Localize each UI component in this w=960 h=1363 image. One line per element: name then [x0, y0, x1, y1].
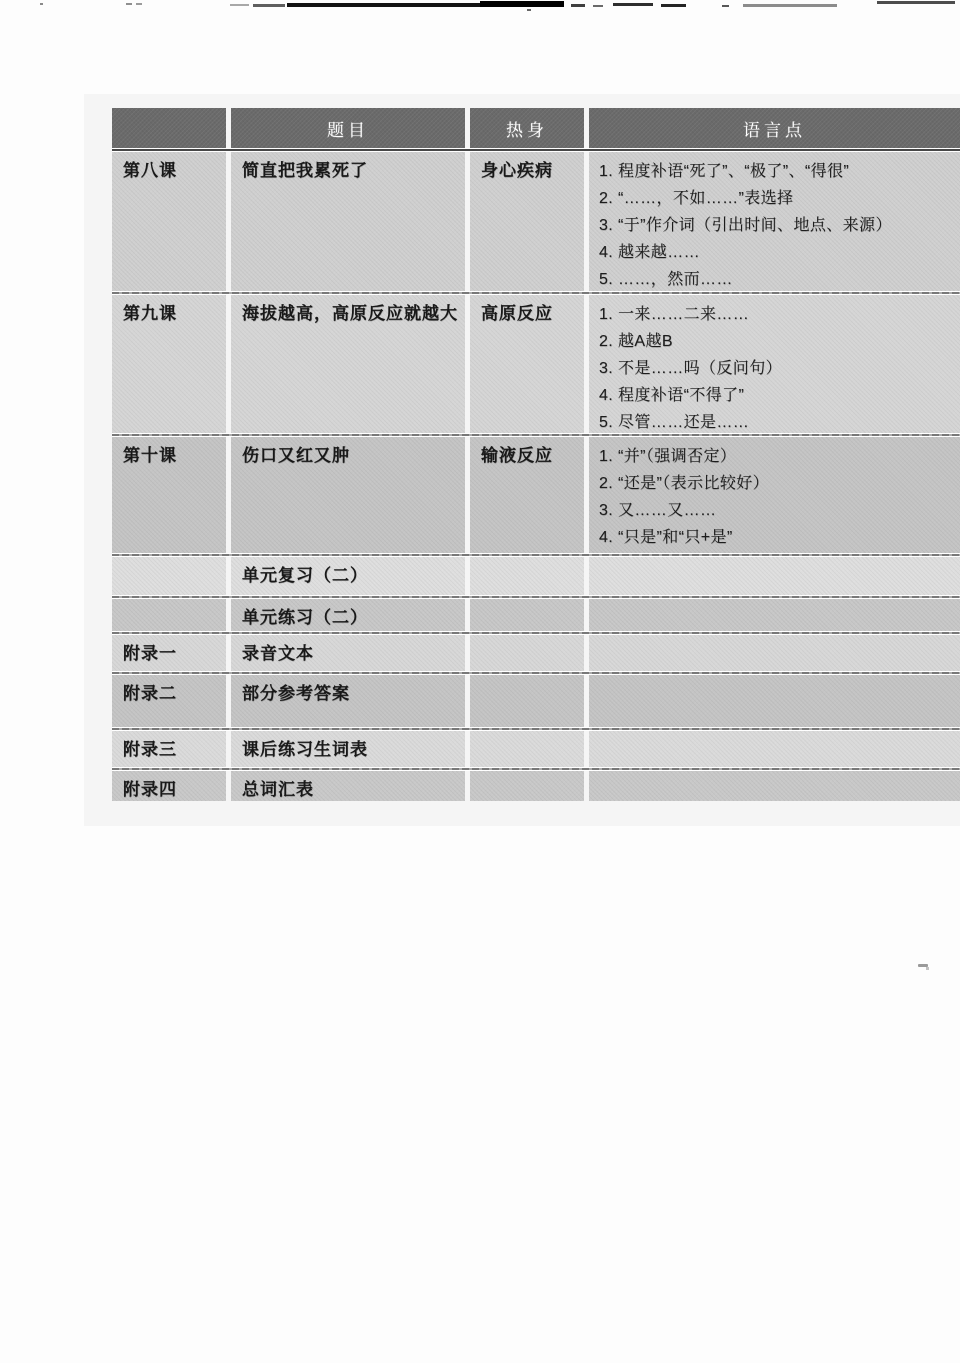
- language-point-line: 3. “于”作介词（引出时间、地点、来源）: [599, 212, 956, 239]
- extra-title-cell: 课后练习生词表: [231, 731, 465, 767]
- table-header-row: 题目 热身 语言点: [112, 108, 960, 148]
- lesson-title-cell: 简直把我累死了: [231, 152, 465, 291]
- extra-title-cell: 录音文本: [231, 635, 465, 671]
- lesson-label-cell: 第八课: [112, 152, 226, 291]
- row-lesson-10: 第十课 伤口又红又肿 输液反应 1. “并”（强调否定） 2. “还是”（表示比…: [112, 437, 960, 553]
- header-cell-title: 题目: [231, 108, 465, 148]
- language-point-line: 1. 程度补语“死了”、“极了”、“得很”: [599, 158, 956, 185]
- row-unit-exercises: 单元练习（二）: [112, 599, 960, 631]
- lesson-title-cell: 海拔越高，高原反应就越大: [231, 295, 465, 433]
- language-point-line: 3. 不是……吗（反问句）: [599, 355, 956, 382]
- lesson-title-cell: 伤口又红又肿: [231, 437, 465, 553]
- empty-cell: [589, 599, 960, 631]
- language-point-line: 4. 程度补语“不得了”: [599, 382, 956, 409]
- header-cell-blank: [112, 108, 226, 148]
- extra-title-cell: 单元复习（二）: [231, 557, 465, 595]
- empty-cell: [470, 675, 584, 727]
- empty-cell: [589, 635, 960, 671]
- warmup-cell: 高原反应: [470, 295, 584, 433]
- row-unit-review: 单元复习（二）: [112, 557, 960, 595]
- row-lesson-8: 第八课 简直把我累死了 身心疾病 1. 程度补语“死了”、“极了”、“得很” 2…: [112, 152, 960, 291]
- lesson-label-cell: 第九课: [112, 295, 226, 433]
- empty-cell: [470, 635, 584, 671]
- empty-cell: [589, 771, 960, 801]
- stray-mark: [918, 964, 928, 967]
- empty-cell: [589, 675, 960, 727]
- row-appendix-4: 附录四 总词汇表: [112, 771, 960, 801]
- header-cell-warmup: 热身: [470, 108, 584, 148]
- language-point-line: 3. 又……又……: [599, 497, 956, 524]
- warmup-cell: 身心疾病: [470, 152, 584, 291]
- empty-cell: [470, 599, 584, 631]
- empty-cell: [470, 771, 584, 801]
- language-point-line: 4. “只是”和“只+是”: [599, 524, 956, 551]
- extra-title-cell: 总词汇表: [231, 771, 465, 801]
- appendix-label-cell: 附录三: [112, 731, 226, 767]
- appendix-label-cell: 附录二: [112, 675, 226, 727]
- empty-cell: [589, 731, 960, 767]
- row-appendix-1: 附录一 录音文本: [112, 635, 960, 671]
- lesson-label-cell: 第十课: [112, 437, 226, 553]
- extra-title-cell: 单元练习（二）: [231, 599, 465, 631]
- language-point-line: 4. 越来越……: [599, 239, 956, 266]
- language-points-cell: 1. 程度补语“死了”、“极了”、“得很” 2. “……，不如……”表选择 3.…: [589, 152, 960, 291]
- language-point-line: 5. 尽管……还是……: [599, 409, 956, 433]
- empty-cell: [470, 557, 584, 595]
- empty-cell: [589, 557, 960, 595]
- row-appendix-3: 附录三 课后练习生词表: [112, 731, 960, 767]
- appendix-label-cell: [112, 557, 226, 595]
- toc-table: 题目 热身 语言点 第八课 简直把我累死了 身心疾病 1. 程度补语“死了”、“…: [112, 108, 960, 801]
- language-point-line: 2. 越A越B: [599, 328, 956, 355]
- language-point-line: 5. ……，然而……: [599, 266, 956, 291]
- empty-cell: [470, 731, 584, 767]
- appendix-label-cell: 附录四: [112, 771, 226, 801]
- language-points-cell: 1. 一来……二来…… 2. 越A越B 3. 不是……吗（反问句） 4. 程度补…: [589, 295, 960, 433]
- appendix-label-cell: [112, 599, 226, 631]
- language-point-line: 1. 一来……二来……: [599, 301, 956, 328]
- appendix-label-cell: 附录一: [112, 635, 226, 671]
- language-points-cell: 1. “并”（强调否定） 2. “还是”（表示比较好） 3. 又……又…… 4.…: [589, 437, 960, 553]
- language-point-line: 2. “……，不如……”表选择: [599, 185, 956, 212]
- row-appendix-2: 附录二 部分参考答案: [112, 675, 960, 727]
- language-point-line: 2. “还是”（表示比较好）: [599, 470, 956, 497]
- header-cell-language-points: 语言点: [589, 108, 960, 148]
- extra-title-cell: 部分参考答案: [231, 675, 465, 727]
- row-lesson-9: 第九课 海拔越高，高原反应就越大 高原反应 1. 一来……二来…… 2. 越A越…: [112, 295, 960, 433]
- warmup-cell: 输液反应: [470, 437, 584, 553]
- language-point-line: 1. “并”（强调否定）: [599, 443, 956, 470]
